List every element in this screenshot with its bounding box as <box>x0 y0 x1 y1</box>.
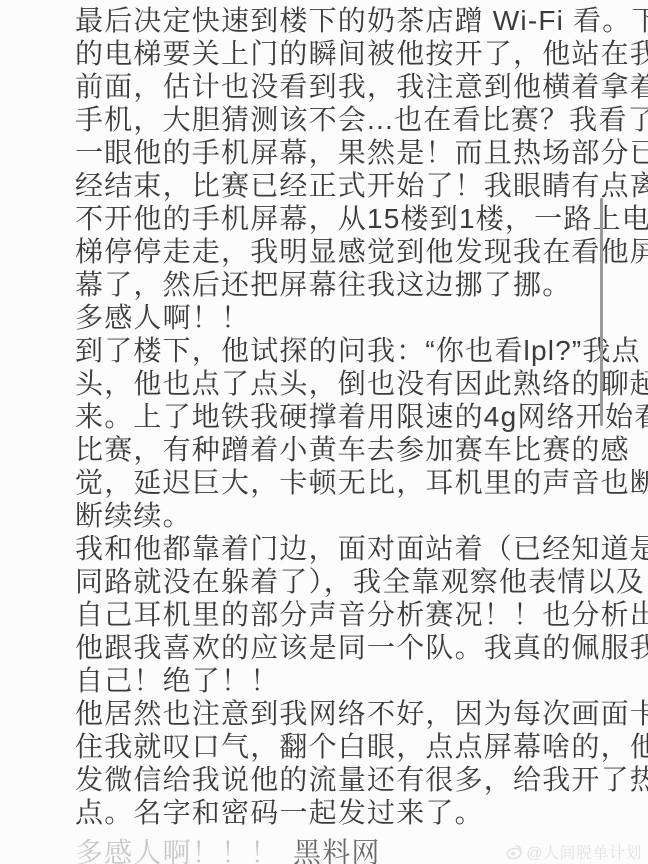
text-line: 我和他都靠着门边，面对面站着（已经知道是 <box>75 532 585 565</box>
text-line: 最后决定快速到楼下的奶茶店蹭 Wi-Fi 看。下楼 <box>75 4 585 37</box>
text-line: 他跟我喜欢的应该是同一个队。我真的佩服我 <box>75 631 585 664</box>
scrollbar-thumb[interactable] <box>600 198 603 426</box>
weibo-handle-label: @人间脱单计划 <box>526 840 642 863</box>
post-screenshot: 最后决定快速到楼下的奶茶店蹭 Wi-Fi 看。下楼 的电梯要关上门的瞬间被他按开… <box>0 0 648 864</box>
text-line: 比赛，有种蹭着小黄车去参加赛车比赛的感 <box>75 433 585 466</box>
text-line: 点。名字和密码一起发过来了。 <box>75 796 585 829</box>
bottom-row: 多感人啊！！！ 黑料网 @人间脱单计划 <box>0 831 648 864</box>
text-line: 一眼他的手机屏幕，果然是！而且热场部分已 <box>75 136 585 169</box>
text-line: 前面，估计也没看到我，我注意到他横着拿着 <box>75 70 585 103</box>
site-watermark: 黑料网 <box>293 831 381 864</box>
text-line: 到了楼下，他试探的问我：“你也看lpl?”我点 <box>75 334 585 367</box>
text-line: 断续续。 <box>75 499 585 532</box>
faded-text-line: 多感人啊！！！ <box>75 831 279 864</box>
post-body: 最后决定快速到楼下的奶茶店蹭 Wi-Fi 看。下楼 的电梯要关上门的瞬间被他按开… <box>75 4 585 829</box>
text-line: 住我就叹口气，翻个白眼，点点屏幕啥的，他 <box>75 730 585 763</box>
text-line: 自己耳机里的部分声音分析赛况！！也分析出 <box>75 598 585 631</box>
text-line: 的电梯要关上门的瞬间被他按开了，他站在我 <box>75 37 585 70</box>
weibo-logo-icon <box>505 843 523 861</box>
text-line: 多感人啊！！ <box>75 301 585 334</box>
text-line: 幕了，然后还把屏幕往我这边挪了挪。 <box>75 268 585 301</box>
text-line: 觉，延迟巨大，卡顿无比，耳机里的声音也断 <box>75 466 585 499</box>
text-line: 来。上了地铁我硬撑着用限速的4g网络开始看 <box>75 400 585 433</box>
text-line: 梯停停走走，我明显感觉到他发现我在看他屏 <box>75 235 585 268</box>
text-line: 不开他的手机屏幕，从15楼到1楼，一路上电 <box>75 202 585 235</box>
weibo-watermark: @人间脱单计划 <box>505 840 642 863</box>
text-line: 发微信给我说他的流量还有很多，给我开了热 <box>75 763 585 796</box>
text-line: 他居然也注意到我网络不好，因为每次画面卡 <box>75 697 585 730</box>
text-line: 经结束，比赛已经正式开始了！我眼睛有点离 <box>75 169 585 202</box>
text-line: 同路就没在躲着了），我全靠观察他表情以及 <box>75 565 585 598</box>
text-line: 自己！绝了！！ <box>75 664 585 697</box>
text-line: 手机，大胆猜测该不会...也在看比赛？我看了 <box>75 103 585 136</box>
text-line: 头，他也点了点头，倒也没有因此熟络的聊起 <box>75 367 585 400</box>
